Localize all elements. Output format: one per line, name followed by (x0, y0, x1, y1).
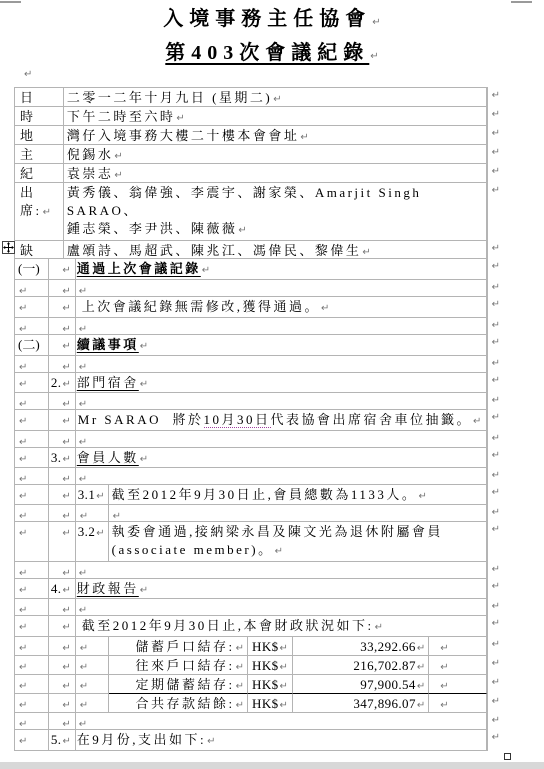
paragraph-mark-icon: ↵ (79, 474, 87, 485)
text-run: HK$ (252, 658, 278, 673)
finance-amount-cell[interactable]: 33,292.66↵ (293, 637, 429, 656)
row-end-mark-icon: ↵ (492, 243, 500, 254)
cell-content[interactable]: 會員人數↵ (76, 448, 487, 468)
row-end-mark-icon: ↵ (492, 450, 500, 461)
row-end-mark-icon: ↵ (492, 166, 500, 177)
cell-sub-number[interactable]: ↵ (49, 259, 76, 280)
minutes-row-section: ↵3.↵會員人數↵↵ (15, 448, 487, 468)
paragraph-mark-icon: ↵ (19, 379, 27, 390)
paragraph-mark-icon: ↵ (273, 94, 281, 105)
cell-sub-item-number[interactable]: ↵ (76, 656, 109, 675)
table-resize-handle[interactable] (504, 753, 511, 760)
info-row: 紀錄:↵袁崇志↵↵ (15, 164, 487, 183)
cell-content[interactable]: ↵ (109, 505, 487, 522)
cell-item-number[interactable]: ↵ (15, 410, 49, 431)
paragraph-mark-icon: ↵ (236, 643, 244, 654)
paragraph-mark-icon: ↵ (140, 454, 148, 465)
cell-content[interactable]: 續議事項↵ (76, 335, 487, 356)
cell-item-number[interactable]: (一) (15, 259, 49, 280)
text-run: HK$ (252, 696, 278, 711)
cell-item-number[interactable]: ↵ (15, 448, 49, 468)
paragraph-mark-icon: ↵ (62, 379, 70, 390)
paragraph-mark-icon: ↵ (62, 286, 70, 297)
paragraph-mark-icon: ↵ (43, 207, 51, 218)
paragraph-mark-icon: ↵ (62, 416, 70, 427)
cell-sub-number[interactable]: ↵ (49, 656, 76, 675)
info-table: 日期:↵二零一二年十月九日 (星期二)↵↵時間:↵下午二時至六時↵↵地點:↵灣仔… (14, 87, 488, 261)
cell-content[interactable]: 截至2012年9月30日止,會員總數為1133人。↵ (109, 485, 487, 505)
paragraph-mark-icon: ↵ (62, 605, 70, 616)
minutes-row-blank: ↵↵↵↵ (15, 468, 487, 485)
cell-content[interactable]: 財政報告↵ (76, 579, 487, 599)
paragraph-mark-icon: ↵ (19, 286, 27, 297)
row-end-mark-icon: ↵ (492, 261, 500, 272)
paragraph-mark-icon: ↵ (440, 643, 448, 654)
paragraph-mark-icon: ↵ (62, 399, 70, 410)
row-end-mark-icon: ↵ (492, 128, 500, 139)
text-run: 定期儲蓄結存: (136, 677, 235, 692)
paragraph-mark-icon: ↵ (79, 362, 87, 373)
cell-sub-number[interactable]: ↵ (49, 694, 76, 713)
minutes-row-blank: ↵↵↵↵ (15, 318, 487, 335)
info-value-cell[interactable]: 灣仔入境事務大樓二十樓本會會址↵ (64, 126, 487, 145)
finance-currency-cell[interactable]: HK$↵ (248, 656, 293, 675)
paragraph-mark-icon: ↵ (19, 511, 27, 522)
cell-content[interactable]: ↵ (76, 562, 487, 579)
cell-item-number[interactable]: ↵ (15, 505, 49, 522)
cell-content[interactable]: 執委會通過,接納梁永昌及陳文光為退休附屬會員 (associate member… (109, 522, 487, 562)
minutes-row-section: ↵2.↵部門宿舍↵↵ (15, 373, 487, 393)
paragraph-mark-icon: ↵ (62, 568, 70, 579)
cell-content[interactable]: 截至2012年9月30日止,本會財政狀況如下:↵ (76, 616, 487, 637)
paragraph-mark-icon: ↵ (417, 643, 425, 654)
paragraph-mark-icon: ↵ (62, 362, 70, 373)
text-run: 往來戶口結存: (136, 658, 235, 673)
document-title-line2[interactable]: 第403次會議紀錄↵ (0, 38, 544, 72)
paragraph-mark-icon: ↵ (440, 662, 448, 673)
info-label-cell[interactable]: 紀錄:↵ (15, 164, 64, 183)
text-run: 3. (51, 450, 62, 465)
info-value-cell[interactable]: 二零一二年十月九日 (星期二)↵ (64, 88, 487, 107)
paragraph-mark-icon: ↵ (62, 681, 70, 692)
text-run: 通過上次會議記錄 (77, 261, 201, 276)
paragraph-mark-icon: ↵ (236, 681, 244, 692)
paragraph-mark-icon: ↵ (96, 528, 104, 539)
text-run: 地點: (20, 128, 42, 145)
paragraph-mark-icon: ↵ (202, 265, 210, 276)
text-run: 時間: (20, 109, 42, 126)
paragraph-mark-icon: ↵ (238, 225, 246, 236)
paragraph-mark-icon: ↵ (19, 568, 27, 579)
text-run: 合共存款結餘: (136, 696, 235, 711)
text-run: 代表協會出席宿舍車位抽籤。 (271, 412, 473, 427)
cell-content[interactable]: ↵ (76, 431, 487, 448)
finance-label-cell[interactable]: 定期儲蓄結存:↵ (109, 675, 248, 694)
finance-trailing-cell[interactable]: ↵ (429, 656, 487, 675)
table-move-handle-icon[interactable] (2, 241, 15, 254)
paragraph-mark-icon: ↵ (440, 700, 448, 711)
text-run: 會員人數 (77, 450, 139, 465)
cell-item-number[interactable]: ↵ (15, 485, 49, 505)
cell-item-number[interactable]: ↵ (15, 562, 49, 579)
paragraph-mark-icon: ↵ (280, 662, 288, 673)
paragraph-mark-icon: ↵ (19, 643, 27, 654)
finance-trailing-cell[interactable]: ↵ (429, 675, 487, 694)
paragraph-mark-icon: ↵ (19, 324, 27, 335)
paragraph-mark-icon: ↵ (62, 643, 70, 654)
row-end-mark-icon: ↵ (492, 147, 500, 158)
cell-sub-number[interactable]: ↵ (49, 280, 76, 297)
cell-sub-number[interactable]: ↵ (49, 522, 76, 562)
row-end-mark-icon: ↵ (492, 433, 500, 444)
paragraph-mark-icon: ↵ (440, 681, 448, 692)
finance-amount-cell[interactable]: 97,900.54↵ (293, 675, 429, 694)
finance-amount-cell[interactable]: 216,702.87↵ (293, 656, 429, 675)
cell-sub-number[interactable]: 2.↵ (49, 373, 76, 393)
paragraph-mark-icon: ↵ (113, 511, 121, 522)
text-run: 灣仔入境事務大樓二十樓本會會址 (67, 128, 300, 143)
cell-sub-item-number[interactable]: ↵ (76, 675, 109, 694)
minutes-row-section: ↵5.↵在9月份,支出如下:↵↵ (15, 730, 487, 750)
row-end-mark-icon: ↵ (492, 732, 500, 743)
text-run: 在9月份,支出如下: (77, 732, 206, 747)
cell-sub-item-number[interactable]: 3.2↵ (76, 522, 109, 562)
minutes-row-sub: ↵↵3.1↵截至2012年9月30日止,會員總數為1133人。↵↵ (15, 485, 487, 505)
info-value-cell[interactable]: 黃秀儀、翁偉強、李震宇、謝家榮、Amarjit Singh SARAO、 鍾志榮… (64, 183, 487, 241)
text-run: 截至2012年9月30日止,本會財政狀況如下: (82, 618, 374, 633)
row-end-mark-icon: ↵ (492, 320, 500, 331)
finance-amount-cell[interactable]: 347,896.07↵ (293, 694, 429, 713)
row-end-mark-icon: ↵ (492, 412, 500, 423)
cell-sub-item-number[interactable]: ↵ (76, 505, 109, 522)
cell-item-number[interactable]: ↵ (15, 468, 49, 485)
info-label-cell[interactable]: 日期:↵ (15, 88, 64, 107)
paragraph-mark-icon: ↵ (19, 454, 27, 465)
paragraph-mark-icon: ↵ (207, 736, 215, 747)
paragraph-mark-icon: ↵ (79, 568, 87, 579)
document-title-line1[interactable]: 入境事務主任協會↵ (0, 4, 544, 38)
text-run: 續議事項 (77, 337, 139, 352)
text-run: 盧頌詩、馬超武、陳兆江、馮偉民、黎偉生 (67, 243, 362, 258)
paragraph-mark-icon: ↵ (62, 700, 70, 711)
finance-label-cell[interactable]: 合共存款結餘:↵ (109, 694, 248, 713)
paragraph-mark-icon: ↵ (114, 151, 122, 162)
text-run: 主席: (20, 147, 42, 164)
info-value-cell[interactable]: 倪錫水↵ (64, 145, 487, 164)
paragraph-mark-icon: ↵ (176, 113, 184, 124)
paragraph-mark-icon: ↵ (19, 736, 27, 747)
text-run: 紀錄: (20, 166, 42, 183)
paragraph-mark-icon: ↵ (417, 700, 425, 711)
minutes-row-blank: ↵↵↵↵ (15, 713, 487, 730)
minutes-table: (一)↵通過上次會議記錄↵↵↵↵↵↵↵↵上次會議紀錄無需修改,獲得通過。↵↵↵↵… (14, 258, 488, 751)
cell-item-number[interactable]: ↵ (15, 599, 49, 616)
finance-currency-cell[interactable]: HK$↵ (248, 675, 293, 694)
paragraph-mark-icon: ↵ (62, 437, 70, 448)
cell-item-number[interactable]: ↵ (15, 318, 49, 335)
move-arrows-icon (3, 242, 14, 253)
cell-sub-number[interactable]: ↵ (49, 335, 76, 356)
row-end-mark-icon: ↵ (492, 185, 500, 196)
paragraph-mark-icon: ↵ (84, 245, 92, 256)
cell-item-number[interactable]: ↵ (15, 675, 49, 694)
page-edge-background (0, 762, 544, 769)
text-run: 黃秀儀、翁偉強、李震宇、謝家榮、Amarjit Singh SARAO、 鍾志榮… (67, 185, 427, 236)
cell-sub-number[interactable]: ↵ (49, 431, 76, 448)
paragraph-mark-icon: ↵ (62, 303, 70, 314)
cell-sub-number[interactable]: ↵ (49, 318, 76, 335)
cell-sub-number[interactable]: ↵ (49, 675, 76, 694)
cell-content[interactable]: ↵ (76, 356, 487, 373)
paragraph-mark-icon: ↵ (80, 662, 88, 673)
cell-item-number[interactable]: ↵ (15, 522, 49, 562)
paragraph-mark-icon: ↵ (19, 585, 27, 596)
paragraph-mark-icon: ↵ (19, 700, 27, 711)
paragraph-mark-icon: ↵ (236, 662, 244, 673)
cell-sub-item-number[interactable]: 3.1↵ (76, 485, 109, 505)
cell-content[interactable]: 在9月份,支出如下:↵ (76, 730, 487, 750)
cell-content[interactable]: 上次會議紀錄無需修改,獲得通過。↵ (76, 297, 487, 318)
cell-item-number[interactable]: ↵ (15, 730, 49, 750)
cell-sub-number[interactable]: ↵ (49, 468, 76, 485)
document-page: 入境事務主任協會↵ 第403次會議紀錄↵ ↵ 日期:↵二零一二年十月九日 (星期… (0, 0, 544, 769)
text-run: 3.1 (78, 487, 95, 502)
paragraph-mark-icon: ↵ (19, 719, 27, 730)
paragraph-mark-icon: ↵ (473, 416, 481, 427)
paragraph-mark-icon: ↵ (114, 170, 122, 181)
info-value-cell[interactable]: 袁崇志↵ (64, 164, 487, 183)
title-text-line1: 入境事務主任協會 (163, 8, 371, 30)
cell-content[interactable]: Mr SARAO 將於10月30日代表協會出席宿舍車位抽籤。↵ (76, 410, 487, 431)
text-run: 4. (51, 581, 62, 596)
row-end-mark-icon: ↵ (492, 715, 500, 726)
minutes-row-fin: ↵↵↵合共存款結餘:↵HK$↵347,896.07↵↵↵ (15, 694, 487, 713)
row-end-mark-icon: ↵ (492, 524, 500, 535)
paragraph-mark-icon: ↵ (19, 681, 27, 692)
text-run: 3.2 (78, 524, 95, 539)
finance-label-cell[interactable]: 儲蓄戶口結存:↵ (109, 637, 248, 656)
title-text-line2: 第403次會議紀錄 (165, 42, 369, 64)
paragraph-mark-icon: ↵ (372, 17, 380, 28)
paragraph-mark-icon: ↵ (280, 700, 288, 711)
row-end-mark-icon: ↵ (492, 282, 500, 293)
cell-sub-number[interactable]: ↵ (49, 485, 76, 505)
cell-item-number[interactable]: ↵ (15, 373, 49, 393)
paragraph-mark-icon: ↵ (236, 700, 244, 711)
info-row: 主席:↵倪錫水↵↵ (15, 145, 487, 164)
minutes-row-section: ↵4.↵財政報告↵↵ (15, 579, 487, 599)
cell-content[interactable]: ↵ (76, 280, 487, 297)
cell-item-number[interactable]: ↵ (15, 280, 49, 297)
finance-trailing-cell[interactable]: ↵ (429, 637, 487, 656)
cell-sub-number[interactable]: ↵ (49, 713, 76, 730)
text-run: 出席: (20, 185, 42, 218)
paragraph-mark-icon: ↵ (62, 324, 70, 335)
text-run: 截至2012年9月30日止,會員總數為1133人。 (112, 487, 418, 502)
paragraph-mark-icon: ↵ (80, 700, 88, 711)
info-row: 日期:↵二零一二年十月九日 (星期二)↵↵ (15, 88, 487, 107)
cell-sub-number[interactable]: ↵ (49, 505, 76, 522)
paragraph-mark-icon: ↵ (62, 454, 70, 465)
cell-sub-number[interactable]: ↵ (49, 356, 76, 373)
paragraph-mark-icon: ↵ (79, 437, 87, 448)
row-end-mark-icon: ↵ (492, 601, 500, 612)
paragraph-mark-icon: ↵ (370, 51, 378, 62)
row-end-mark-icon: ↵ (492, 696, 500, 707)
row-end-mark-icon: ↵ (492, 395, 500, 406)
minutes-row-sub: ↵↵3.2↵執委會通過,接納梁永昌及陳文光為退休附屬會員 (associate … (15, 522, 487, 562)
row-end-mark-icon: ↵ (492, 299, 500, 310)
cell-content[interactable]: ↵ (76, 393, 487, 410)
info-label-cell[interactable]: 主席:↵ (15, 145, 64, 164)
paragraph-mark-icon: ↵ (62, 719, 70, 730)
minutes-row-fin: ↵↵↵定期儲蓄結存:↵HK$↵97,900.54↵↵↵ (15, 675, 487, 694)
row-end-mark-icon: ↵ (492, 109, 500, 120)
cell-sub-number[interactable]: 3.↵ (49, 448, 76, 468)
paragraph-mark-icon: ↵ (96, 491, 104, 502)
cell-content[interactable]: ↵ (76, 318, 487, 335)
paragraph-mark-icon: ↵ (62, 736, 70, 747)
cell-item-number[interactable]: ↵ (15, 616, 49, 637)
finance-trailing-cell[interactable]: ↵ (429, 694, 487, 713)
row-end-mark-icon: ↵ (492, 564, 500, 575)
text-run: 10月30日 (204, 412, 271, 428)
paragraph-mark-icon: ↵ (19, 662, 27, 673)
paragraph-mark-icon: ↵ (375, 622, 383, 633)
paragraph-mark-icon: ↵ (62, 265, 70, 276)
minutes-row-body-parts: ↵↵Mr SARAO 將於10月30日代表協會出席宿舍車位抽籤。↵↵ (15, 410, 487, 431)
cell-sub-number[interactable]: ↵ (49, 616, 76, 637)
paragraph-mark-icon: ↵ (62, 585, 70, 596)
cell-content[interactable]: ↵ (76, 468, 487, 485)
paragraph-mark-icon: ↵ (140, 379, 148, 390)
paragraph-mark-icon: ↵ (19, 303, 27, 314)
text-run: (二) (18, 337, 40, 352)
text-run: HK$ (252, 639, 278, 654)
minutes-row-blank: ↵↵↵↵ (15, 280, 487, 297)
text-run: 33,292.66 (360, 639, 416, 654)
cell-sub-number[interactable]: ↵ (49, 562, 76, 579)
paragraph-mark-icon: ↵ (19, 491, 27, 502)
text-run: 儲蓄戶口結存: (136, 639, 235, 654)
margin-crop-mark-left (0, 1, 21, 3)
cell-sub-item-number[interactable]: ↵ (76, 694, 109, 713)
text-run: 下午二時至六時 (67, 109, 176, 124)
paragraph-mark-icon: ↵ (80, 681, 88, 692)
minutes-row-header: (一)↵通過上次會議記錄↵↵ (15, 259, 487, 280)
minutes-row-body: ↵↵上次會議紀錄無需修改,獲得通過。↵↵ (15, 297, 487, 318)
paragraph-mark-icon: ↵ (62, 622, 70, 633)
text-run: 347,896.07 (353, 696, 416, 711)
finance-currency-cell[interactable]: HK$↵ (248, 637, 293, 656)
info-value-cell[interactable]: 下午二時至六時↵ (64, 107, 487, 126)
paragraph-mark-icon: ↵ (79, 324, 87, 335)
finance-currency-cell[interactable]: HK$↵ (248, 694, 293, 713)
paragraph-mark-icon: ↵ (62, 528, 70, 539)
cell-sub-number[interactable]: 5.↵ (49, 730, 76, 750)
row-end-mark-icon: ↵ (492, 618, 500, 629)
cell-sub-number[interactable]: ↵ (49, 599, 76, 616)
cell-item-number[interactable]: ↵ (15, 637, 49, 656)
cell-item-number[interactable]: ↵ (15, 579, 49, 599)
info-label-cell[interactable]: 地點:↵ (15, 126, 64, 145)
cell-item-number[interactable]: ↵ (15, 393, 49, 410)
paragraph-mark-icon: ↵ (62, 474, 70, 485)
text-run: 97,900.54 (360, 677, 416, 692)
paragraph-mark-icon: ↵ (24, 69, 32, 80)
cell-content[interactable]: 通過上次會議記錄↵ (76, 259, 487, 280)
paragraph-mark-icon: ↵ (19, 437, 27, 448)
paragraph-mark-icon: ↵ (19, 416, 27, 427)
cell-item-number[interactable]: (二) (15, 335, 49, 356)
cell-item-number[interactable]: ↵ (15, 694, 49, 713)
text-run: 216,702.87 (353, 658, 416, 673)
cell-sub-number[interactable]: 4.↵ (49, 579, 76, 599)
paragraph-mark-icon: ↵ (321, 303, 329, 314)
cell-sub-item-number[interactable]: ↵ (76, 637, 109, 656)
cell-sub-number[interactable]: ↵ (49, 637, 76, 656)
row-end-mark-icon: ↵ (492, 677, 500, 688)
minutes-row-blank: ↵↵↵↵↵ (15, 505, 487, 522)
cell-item-number[interactable]: ↵ (15, 656, 49, 675)
minutes-row-header: (二)↵續議事項↵↵ (15, 335, 487, 356)
cell-sub-number[interactable]: ↵ (49, 410, 76, 431)
text-run: (一) (18, 261, 40, 276)
info-row: 出席:↵黃秀儀、翁偉強、李震宇、謝家榮、Amarjit Singh SARAO、… (15, 183, 487, 241)
cell-sub-number[interactable]: ↵ (49, 393, 76, 410)
cell-content[interactable]: ↵ (76, 599, 487, 616)
info-label-cell[interactable]: 時間:↵ (15, 107, 64, 126)
paragraph-mark-icon: ↵ (62, 662, 70, 673)
minutes-row-fin: ↵↵↵往來戶口結存:↵HK$↵216,702.87↵↵↵ (15, 656, 487, 675)
row-end-mark-icon: ↵ (492, 375, 500, 386)
cell-item-number[interactable]: ↵ (15, 713, 49, 730)
paragraph-mark-icon: ↵ (418, 491, 426, 502)
row-end-mark-icon: ↵ (492, 507, 500, 518)
minutes-row-fin: ↵↵↵儲蓄戶口結存:↵HK$↵33,292.66↵↵↵ (15, 637, 487, 656)
row-end-mark-icon: ↵ (492, 487, 500, 498)
info-label-cell[interactable]: 出席:↵ (15, 183, 64, 241)
paragraph-mark-icon: ↵ (79, 286, 87, 297)
cell-content[interactable]: 部門宿舍↵ (76, 373, 487, 393)
paragraph-mark-icon: ↵ (62, 491, 70, 502)
paragraph-mark-icon: ↵ (19, 605, 27, 616)
paragraph-mark-icon: ↵ (362, 247, 370, 258)
row-end-mark-icon: ↵ (492, 358, 500, 369)
paragraph-mark-icon: ↵ (140, 341, 148, 352)
minutes-row-blank: ↵↵↵↵ (15, 393, 487, 410)
cell-item-number[interactable]: ↵ (15, 431, 49, 448)
text-run: HK$ (252, 677, 278, 692)
finance-label-cell[interactable]: 往來戶口結存:↵ (109, 656, 248, 675)
cell-sub-number[interactable]: ↵ (49, 297, 76, 318)
text-run: 袁崇志 (67, 166, 114, 181)
paragraph-mark-icon: ↵ (140, 585, 148, 596)
cell-content[interactable]: ↵ (76, 713, 487, 730)
paragraph-mark-icon: ↵ (79, 719, 87, 730)
text-run: 5. (51, 732, 62, 747)
minutes-row-blank: ↵↵↵↵ (15, 562, 487, 579)
paragraph-mark-icon: ↵ (79, 605, 87, 616)
cell-item-number[interactable]: ↵ (15, 297, 49, 318)
info-row: 地點:↵灣仔入境事務大樓二十樓本會會址↵↵ (15, 126, 487, 145)
minutes-row-blank: ↵↵↵↵ (15, 599, 487, 616)
paragraph-mark-icon: ↵ (62, 511, 70, 522)
paragraph-mark-icon: ↵ (80, 643, 88, 654)
row-end-mark-icon: ↵ (492, 337, 500, 348)
cell-item-number[interactable]: ↵ (15, 356, 49, 373)
text-run: 二零一二年十月九日 (星期二) (67, 90, 272, 105)
